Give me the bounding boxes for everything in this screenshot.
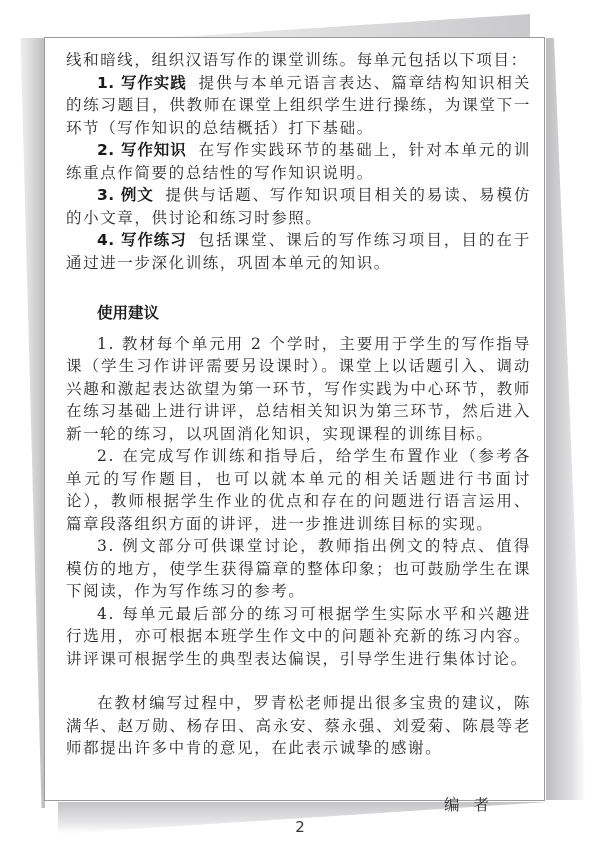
item-label: 3. 例文 [97,186,154,204]
paragraph-spacer [66,670,531,692]
document-page: 线和暗线，组织汉语写作的课堂训练。每单元包括以下项目： 1. 写作实践提供与本单… [44,37,545,801]
item-label: 2. 写作知识 [97,141,187,159]
continuation-paragraph: 线和暗线，组织汉语写作的课堂训练。每单元包括以下项目： [66,49,531,72]
item-writing-knowledge: 2. 写作知识在写作实践环节的基础上，针对本单元的训练重点作简要的总结性的写作知… [66,139,531,184]
page-content: 线和暗线，组织汉语写作的课堂训练。每单元包括以下项目： 1. 写作实践提供与本单… [66,49,531,816]
signature: 编者 [66,794,531,817]
item-label: 4. 写作练习 [97,231,187,249]
acknowledgement-paragraph: 在教材编写过程中，罗青松老师提出很多宝贵的建议，陈满华、赵万勋、杨存田、高永安、… [66,692,531,760]
suggestion-paragraph: 3. 例文部分可供课堂讨论，教师指出例文的特点、值得模仿的地方，使学生获得篇章的… [66,535,531,603]
suggestion-paragraph: 1. 教材每个单元用 2 个学时，主要用于学生的写作指导课（学生习作讲评需要另设… [66,333,531,446]
suggestion-paragraph: 4. 每单元最后部分的练习可根据学生实际水平和兴趣进行选用，亦可根据本班学生作文… [66,603,531,671]
page-shadow-right [546,38,586,800]
page-shadow-left [10,38,45,808]
suggestion-paragraph: 2. 在完成写作训练和指导后，给学生布置作业（参考各单元的写作题目，也可以就本单… [66,445,531,535]
section-heading-usage-suggestions: 使用建议 [66,302,531,325]
item-example-text: 3. 例文提供与话题、写作知识项目相关的易读、易模仿的小文章，供讨论和练习时参照… [66,184,531,229]
item-writing-practice: 1. 写作实践提供与本单元语言表达、篇章结构知识相关的练习题目，供教师在课堂上组… [66,72,531,140]
item-writing-exercise: 4. 写作练习包括课堂、课后的写作练习项目，目的在于通过进一步深化训练，巩固本单… [66,229,531,274]
page-number: 2 [0,818,600,836]
item-label: 1. 写作实践 [97,74,187,92]
